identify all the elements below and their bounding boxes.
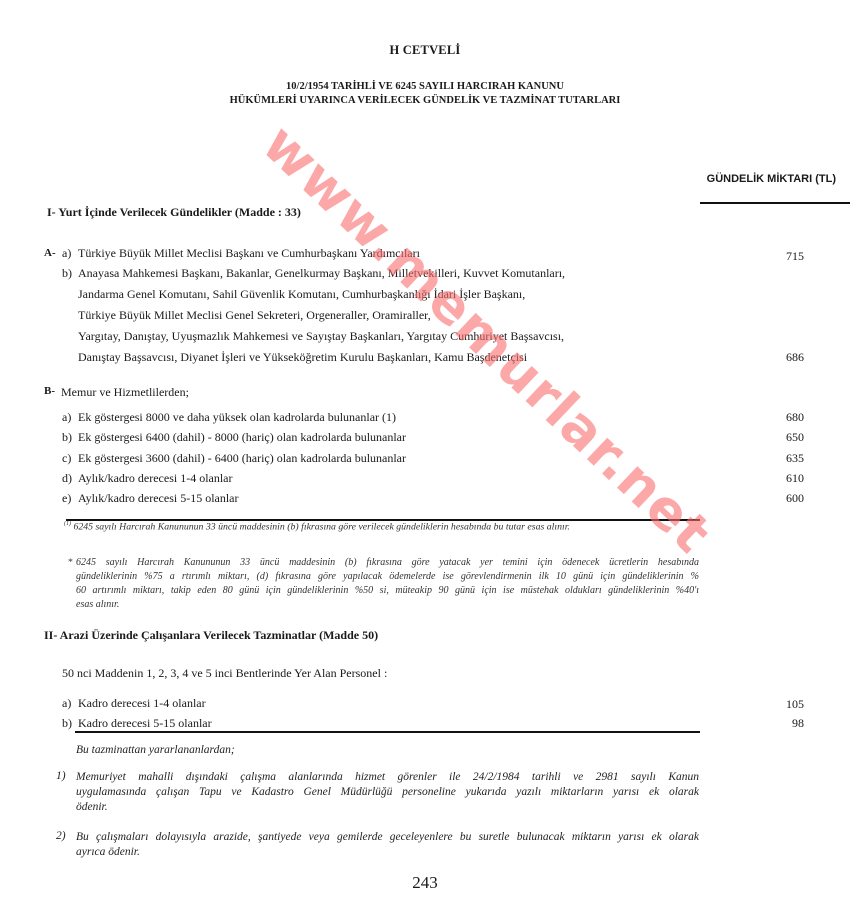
note-1-marker: 1) xyxy=(56,770,66,782)
section-2-item-b-marker: b) xyxy=(62,716,72,731)
group-b-item-a-amount: 680 xyxy=(786,410,804,425)
group-b-item-c-marker: c) xyxy=(62,451,71,466)
group-b-item-e-marker: e) xyxy=(62,491,71,506)
footnote-1-marker: (1) xyxy=(64,521,71,527)
section-2-item-a-amount: 105 xyxy=(786,697,804,712)
column-header-daily-amount: GÜNDELİK MİKTARI (TL) xyxy=(707,173,836,185)
group-b-item-a-marker: a) xyxy=(62,410,71,425)
section-2-item-b-text: Kadro derecesi 5-15 olanlar xyxy=(78,716,212,731)
group-b-title: Memur ve Hizmetlilerden; xyxy=(61,385,189,400)
note-2-marker: 2) xyxy=(56,830,66,842)
footnote-2-line1: 6245 sayılı Harcırah Kanununun 33 üncü m… xyxy=(76,556,699,570)
footnote-2-line2: gündeliklerinin %75 a rtırımlı miktarı, … xyxy=(76,570,699,584)
note-1-line2: uygulamasında çalışan Tapu ve Kadastro G… xyxy=(76,785,699,800)
page-number: 243 xyxy=(0,873,850,893)
section-2-intro: 50 nci Maddenin 1, 2, 3, 4 ve 5 inci Ben… xyxy=(62,666,387,681)
group-a-item-b-line3: Türkiye Büyük Millet Meclisi Genel Sekre… xyxy=(78,308,431,323)
group-b-item-b-amount: 650 xyxy=(786,430,804,445)
document-subtitle-line2: HÜKÜMLERİ UYARINCA VERİLECEK GÜNDELİK VE… xyxy=(0,95,850,106)
group-a-item-b-amount: 686 xyxy=(786,350,804,365)
section-2-item-a-text: Kadro derecesi 1-4 olanlar xyxy=(78,696,206,711)
document-subtitle-line1: 10/2/1954 TARİHLİ VE 6245 SAYILI HARCIRA… xyxy=(0,81,850,92)
group-a-label: A- xyxy=(44,247,56,259)
group-a-item-a-marker: a) xyxy=(62,246,71,261)
group-b-item-a-text: Ek göstergesi 8000 ve daha yüksek olan k… xyxy=(78,410,396,425)
group-b-item-e-amount: 600 xyxy=(786,491,804,506)
section-2-item-b-amount: 98 xyxy=(792,716,804,731)
group-b-item-e-text: Aylık/kadro derecesi 5-15 olanlar xyxy=(78,491,239,506)
note-1-line1: Memuriyet mahalli dışındaki çalışma alan… xyxy=(76,770,699,785)
footnote-2-text: 6245 sayılı Harcırah Kanununun 33 üncü m… xyxy=(76,556,699,612)
group-b-item-b-marker: b) xyxy=(62,430,72,445)
group-b-item-d-text: Aylık/kadro derecesi 1-4 olanlar xyxy=(78,471,233,486)
footnote-2-line3: 60 artırımlı miktarı, takip eden 80 günü… xyxy=(76,584,699,598)
group-a-item-a-amount: 715 xyxy=(786,249,804,264)
footnote-2-marker: * xyxy=(68,557,73,568)
group-b-item-c-amount: 635 xyxy=(786,451,804,466)
note-2-text: Bu çalışmaları dolayısıyla arazide, şant… xyxy=(76,830,699,860)
footnote-1-text: 6245 sayılı Harcırah Kanununun 33 üncü m… xyxy=(73,521,569,532)
section-2-items-rule xyxy=(75,731,700,733)
group-a-item-b-marker: b) xyxy=(62,266,72,281)
footnote-1: (1) 6245 sayılı Harcırah Kanununun 33 ün… xyxy=(64,521,570,532)
group-b-item-b-text: Ek göstergesi 6400 (dahil) - 8000 (hariç… xyxy=(78,430,406,445)
group-b-item-c-text: Ek göstergesi 3600 (dahil) - 6400 (hariç… xyxy=(78,451,406,466)
beneficiaries-title: Bu tazminattan yararlananlardan; xyxy=(76,744,235,756)
document-title: H CETVELİ xyxy=(0,43,850,58)
footnote-2-line4: esas alınır. xyxy=(76,598,699,612)
section-2-item-a-marker: a) xyxy=(62,696,71,711)
group-a-item-b-line5: Danıştay Başsavcısı, Diyanet İşleri ve Y… xyxy=(78,350,527,365)
section-1-title: I- Yurt İçinde Verilecek Gündelikler (Ma… xyxy=(47,205,301,220)
group-b-item-d-amount: 610 xyxy=(786,471,804,486)
note-2-line2: ayrıca ödenir. xyxy=(76,845,699,860)
note-2-line1: Bu çalışmaları dolayısıyla arazide, şant… xyxy=(76,830,699,845)
column-header-rule xyxy=(700,202,850,204)
note-1-line3: ödenir. xyxy=(76,800,699,815)
group-a-item-b-line1: Anayasa Mahkemesi Başkanı, Bakanlar, Gen… xyxy=(78,266,565,281)
section-2-title: II- Arazi Üzerinde Çalışanlara Verilecek… xyxy=(44,628,378,643)
group-a-item-a-text: Türkiye Büyük Millet Meclisi Başkanı ve … xyxy=(78,246,420,261)
group-b-label: B- xyxy=(44,385,55,397)
note-1-text: Memuriyet mahalli dışındaki çalışma alan… xyxy=(76,770,699,815)
group-a-item-b-line2: Jandarma Genel Komutanı, Sahil Güvenlik … xyxy=(78,287,525,302)
group-a-item-b-line4: Yargıtay, Danıştay, Uyuşmazlık Mahkemesi… xyxy=(78,329,564,344)
group-b-item-d-marker: d) xyxy=(62,471,72,486)
